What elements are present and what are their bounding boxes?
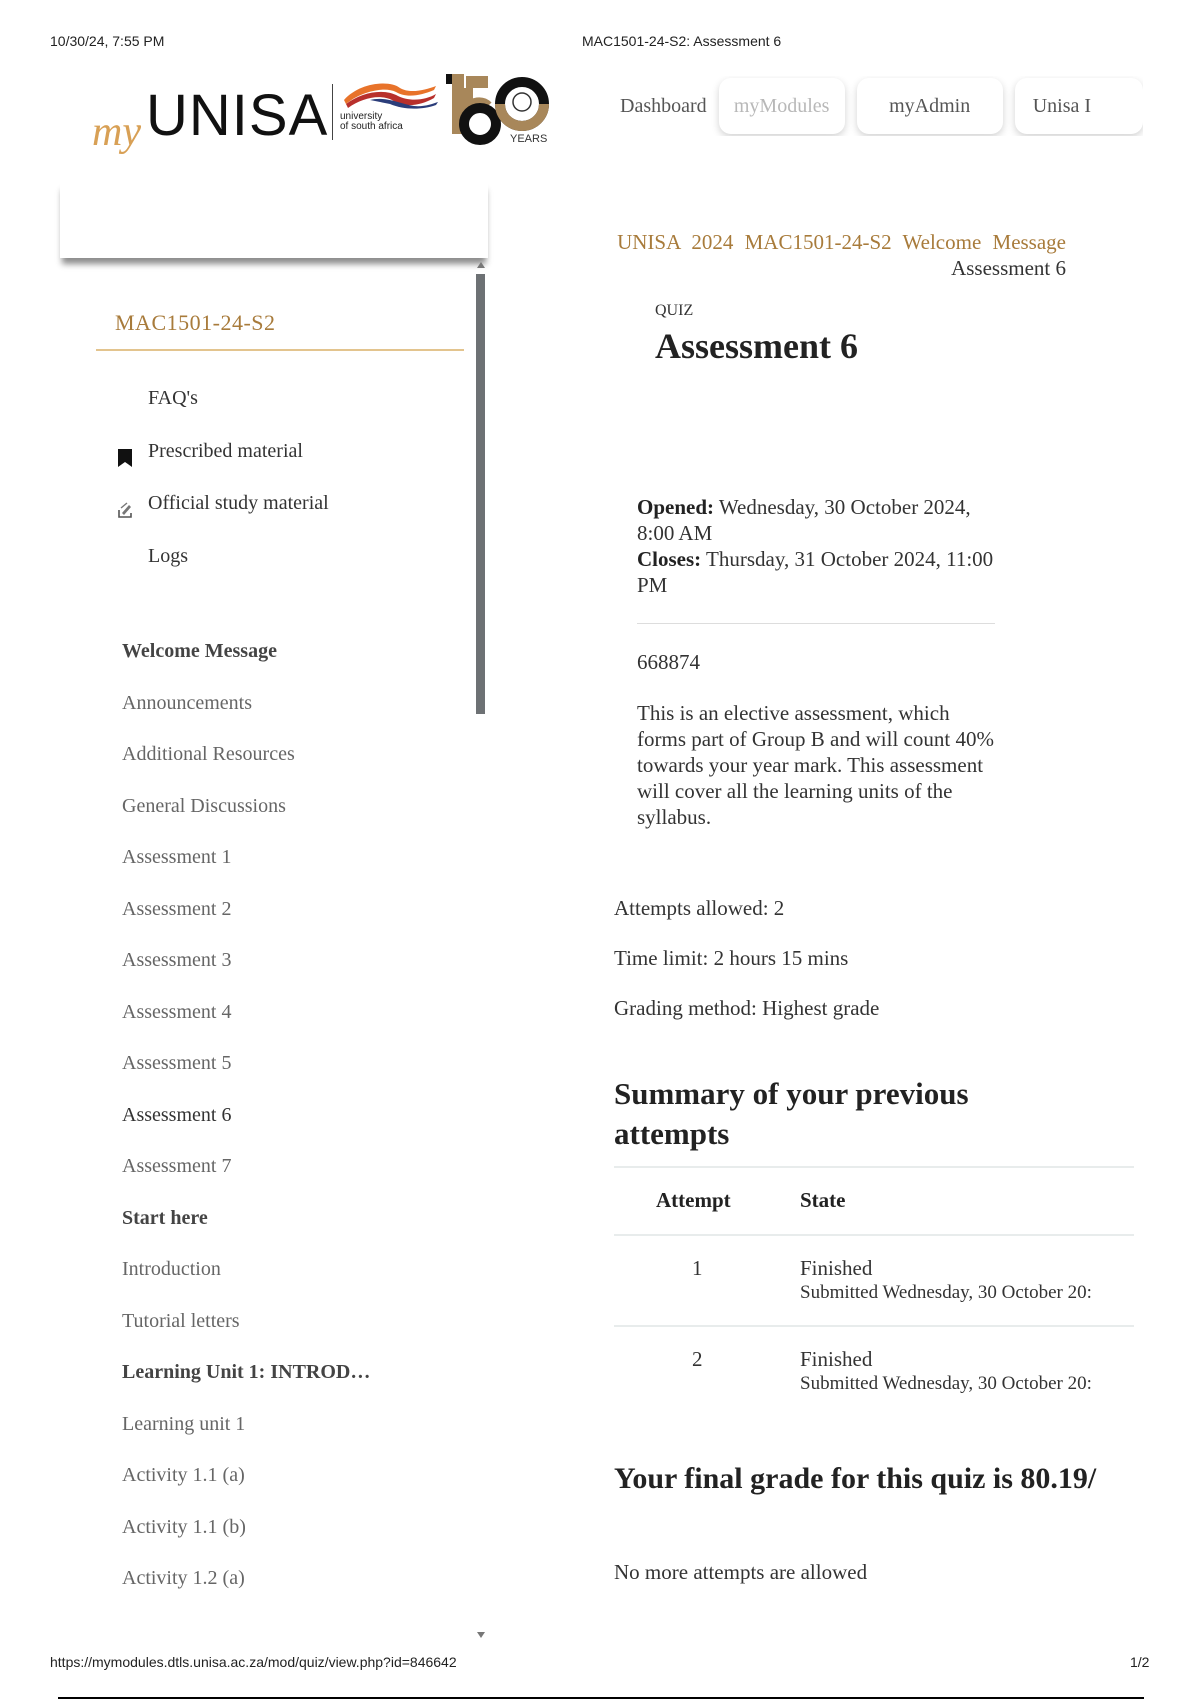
sidebar-item-additional-resources[interactable]: Additional Resources [122,743,295,766]
breadcrumb-2024[interactable]: 2024 [691,230,733,254]
sidebar-item-assessment-5[interactable]: Assessment 5 [122,1052,231,1075]
logo-unisa: UNISA [146,82,328,149]
opened-date: Opened: Wednesday, 30 October 2024, 8:00… [637,494,997,546]
quiz-dates: Opened: Wednesday, 30 October 2024, 8:00… [637,494,997,598]
sidebar-scrollbar[interactable] [474,262,488,1640]
table-row: 1 Finished Submitted Wednesday, 30 Octob… [614,1236,1134,1325]
nav-myadmin[interactable]: myAdmin [857,78,1003,134]
breadcrumb-welcome-message[interactable]: Welcome Message [903,230,1067,254]
sidebar-item-prescribed-material[interactable]: Prescribed material [148,440,303,463]
sidebar-item-official-study-material[interactable]: Official study material [148,492,329,515]
attempt-number: 2 [692,1347,703,1372]
breadcrumb: UNISA 2024 MAC1501-24-S2 Welcome Message [586,230,1066,255]
column-state: State [800,1188,846,1213]
attempts-table: Attempt State 1 Finished Submitted Wedne… [614,1166,1134,1416]
print-url: https://mymodules.dtls.unisa.ac.za/mod/q… [50,1654,457,1670]
scrollbar-thumb[interactable] [476,274,485,714]
table-header: Attempt State [614,1168,1134,1234]
myunisa-logo[interactable]: my UNISA universityof south africa YEARS [92,70,552,160]
nav-mymodules[interactable]: myModules [719,78,845,134]
quiz-id-number: 668874 [637,650,700,675]
sidebar-item-welcome-message[interactable]: Welcome Message [122,640,277,663]
attempt-number: 1 [692,1256,703,1281]
final-grade: Your final grade for this quiz is 80.19/ [614,1462,1134,1496]
sidebar-item-assessment-2[interactable]: Assessment 2 [122,898,231,921]
breadcrumb-current: Assessment 6 [586,256,1066,281]
time-limit: Time limit: 2 hours 15 mins [614,946,848,971]
unisa-flag-icon [340,78,440,112]
print-date: 10/30/24, 7:55 PM [50,33,164,49]
page-title: Assessment 6 [655,325,858,367]
scroll-down-arrow-icon[interactable] [477,1632,485,1638]
attempt-state: Finished [800,1347,872,1372]
nav-unisa[interactable]: Unisa I [1015,78,1143,134]
quiz-type-label: QUIZ [655,302,693,320]
sidebar-item-logs[interactable]: Logs [148,545,188,568]
logo-divider [332,84,333,140]
svg-text:YEARS: YEARS [510,133,547,145]
sidebar-item-activity-1-1-a[interactable]: Activity 1.1 (a) [122,1464,245,1487]
quiz-description: This is an elective assessment, which fo… [637,700,997,830]
sidebar-item-learning-unit-1-introd[interactable]: Learning Unit 1: INTROD… [122,1361,370,1384]
sidebar-item-activity-1-1-b[interactable]: Activity 1.1 (b) [122,1516,246,1539]
print-page-number: 1/2 [1130,1654,1149,1670]
logo-my: my [92,108,141,156]
top-navigation: Dashboard myModules myAdmin Unisa I [620,76,1143,136]
dates-divider [637,623,995,624]
course-divider [96,349,464,351]
summary-heading: Summary of your previous attempts [614,1074,1034,1154]
nav-dashboard[interactable]: Dashboard [620,95,707,118]
grading-method: Grading method: Highest grade [614,996,879,1021]
sidebar-item-introduction[interactable]: Introduction [122,1258,221,1281]
no-more-attempts-notice: No more attempts are allowed [614,1560,867,1585]
sidebar-item-assessment-6[interactable]: Assessment 6 [122,1104,231,1127]
table-row: 2 Finished Submitted Wednesday, 30 Octob… [614,1327,1134,1416]
sidebar-item-faqs[interactable]: FAQ's [148,387,198,410]
sidebar-header-card [60,180,488,258]
attempts-allowed: Attempts allowed: 2 [614,896,784,921]
closes-date: Closes: Thursday, 31 October 2024, 11:00… [637,546,997,598]
course-sidebar: MAC1501-24-S2 FAQ's Prescribed material … [60,270,480,1640]
sidebar-item-announcements[interactable]: Announcements [122,692,252,715]
column-attempt: Attempt [656,1188,731,1213]
print-title: MAC1501-24-S2: Assessment 6 [582,33,781,49]
study-material-icon [115,500,135,520]
attempt-state: Finished [800,1256,872,1281]
course-code-link[interactable]: MAC1501-24-S2 [115,310,276,336]
bookmark-icon [115,448,135,468]
footer-rule [58,1697,1144,1699]
sidebar-item-assessment-3[interactable]: Assessment 3 [122,949,231,972]
sidebar-item-start-here[interactable]: Start here [122,1207,208,1230]
sidebar-item-learning-unit-1[interactable]: Learning unit 1 [122,1413,245,1436]
sidebar-item-general-discussions[interactable]: General Discussions [122,795,286,818]
attempt-submitted: Submitted Wednesday, 30 October 20: [800,1282,1092,1304]
attempt-submitted: Submitted Wednesday, 30 October 20: [800,1373,1092,1395]
logo-university-text: universityof south africa [340,112,403,132]
sidebar-item-tutorial-letters[interactable]: Tutorial letters [122,1310,240,1333]
sidebar-item-assessment-1[interactable]: Assessment 1 [122,846,231,869]
sidebar-item-assessment-7[interactable]: Assessment 7 [122,1155,231,1178]
sidebar-item-assessment-4[interactable]: Assessment 4 [122,1001,231,1024]
scroll-up-arrow-icon[interactable] [477,262,485,268]
sidebar-item-activity-1-2-a[interactable]: Activity 1.2 (a) [122,1567,245,1590]
150-years-emblem-icon: YEARS [442,70,552,150]
breadcrumb-course[interactable]: MAC1501-24-S2 [745,230,892,254]
breadcrumb-unisa[interactable]: UNISA [617,230,680,254]
